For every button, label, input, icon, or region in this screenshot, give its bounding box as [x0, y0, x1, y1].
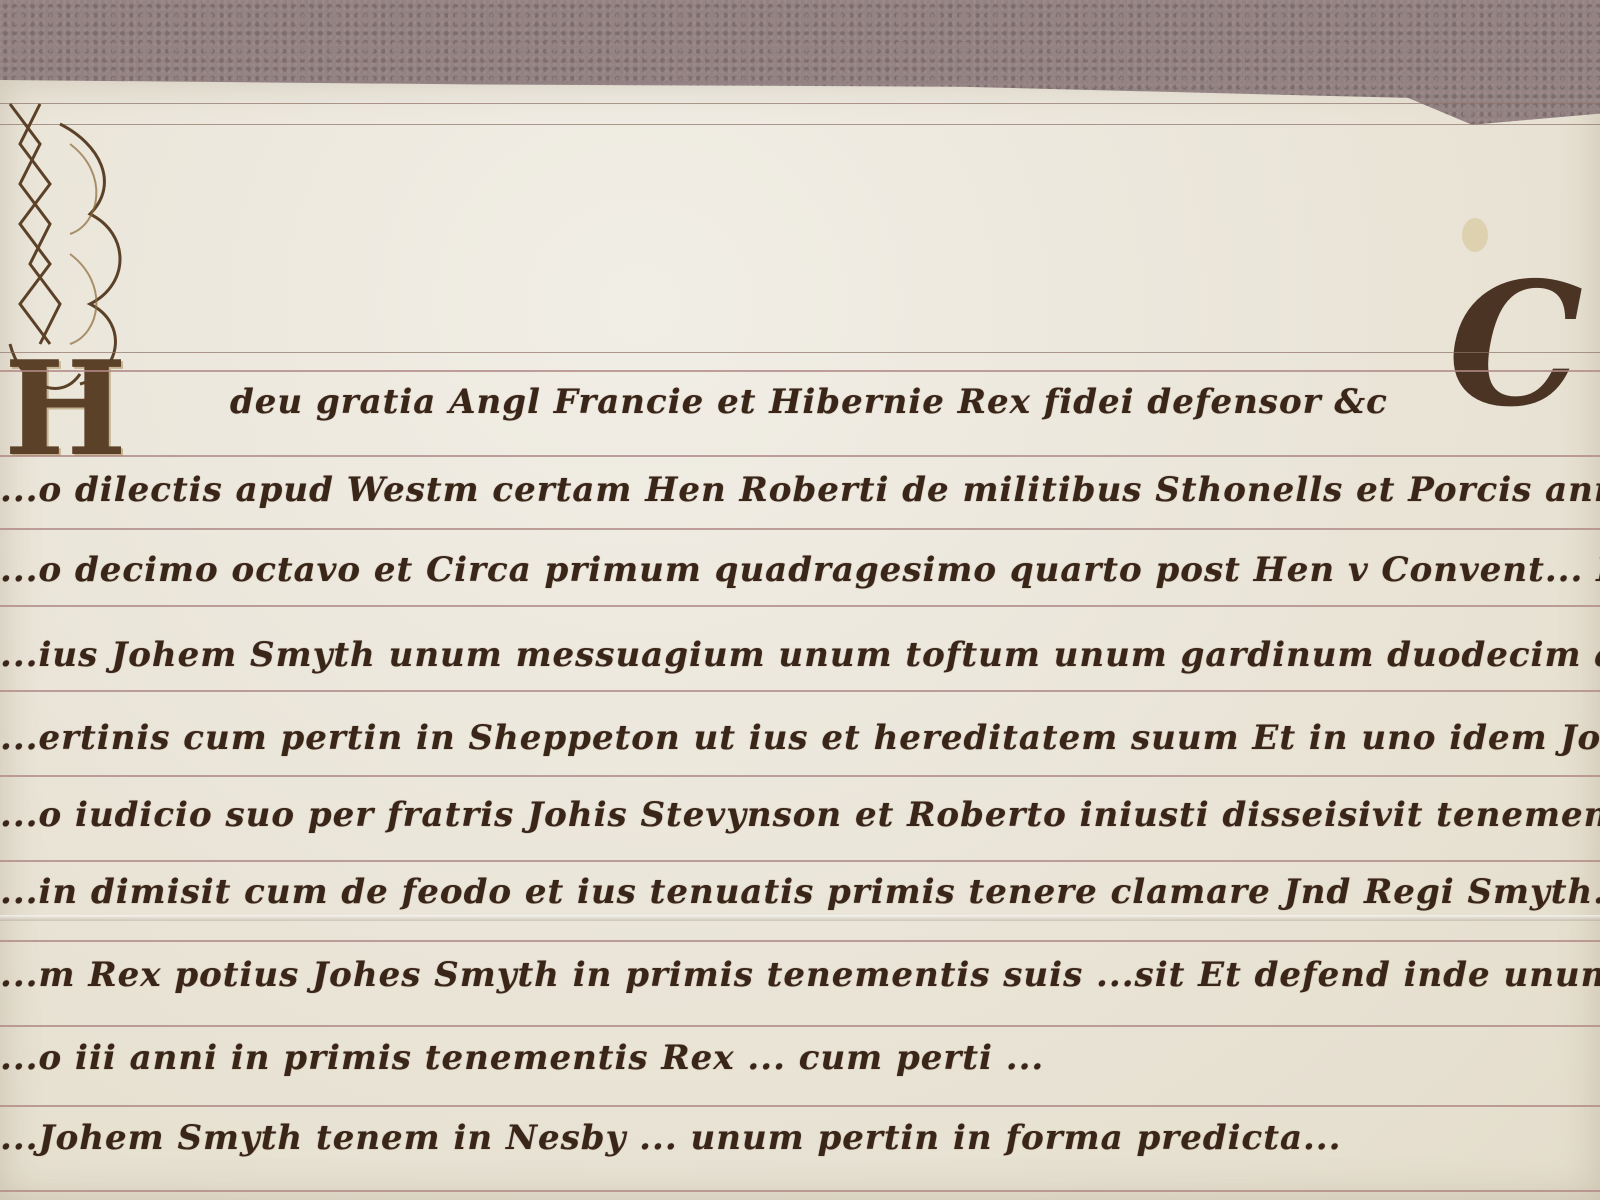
text-line-8: ...m Rex potius Johes Smyth in primis te… [0, 945, 1600, 1005]
text-line-9: ...o iii anni in primis tenementis Rex .… [0, 1028, 1600, 1088]
text-line-7: ...in dimisit cum de feodo et ius tenuat… [0, 862, 1600, 922]
ruling-line [0, 1190, 1600, 1192]
ruling-line [0, 528, 1600, 530]
text-line-2: ...o dilectis apud Westm certam Hen Robe… [0, 460, 1600, 520]
text-line-6: ...o iudicio suo per fratris Johis Stevy… [0, 785, 1600, 845]
text-line-4: ...ius Johem Smyth unum messuagium unum … [0, 625, 1600, 685]
ruling-line [0, 352, 1600, 353]
fold-crease [0, 915, 1600, 921]
ruling-line [0, 1025, 1600, 1027]
ruling-line [0, 124, 1600, 125]
flourish-icon [0, 84, 200, 444]
ruling-line [0, 690, 1600, 692]
ruling-line [0, 103, 1600, 104]
decorated-initial-right: C [1440, 230, 1600, 490]
initial-letter-right: C [1448, 260, 1583, 430]
ruling-line [0, 605, 1600, 607]
ruling-line [0, 1105, 1600, 1107]
text-line-3: ...o decimo octavo et Circa primum quadr… [0, 540, 1600, 600]
ruling-line [0, 940, 1600, 942]
text-line-10: ...Johem Smyth tenem in Nesby ... unum p… [0, 1108, 1600, 1168]
ruling-line [0, 775, 1600, 777]
decorated-initial-left: H [0, 84, 200, 444]
text-line-5: ...ertinis cum pertin in Sheppeton ut iu… [0, 708, 1600, 768]
text-line-1: deu gratia Angl Francie et Hibernie Rex … [230, 372, 1430, 432]
ruling-line [0, 455, 1600, 457]
